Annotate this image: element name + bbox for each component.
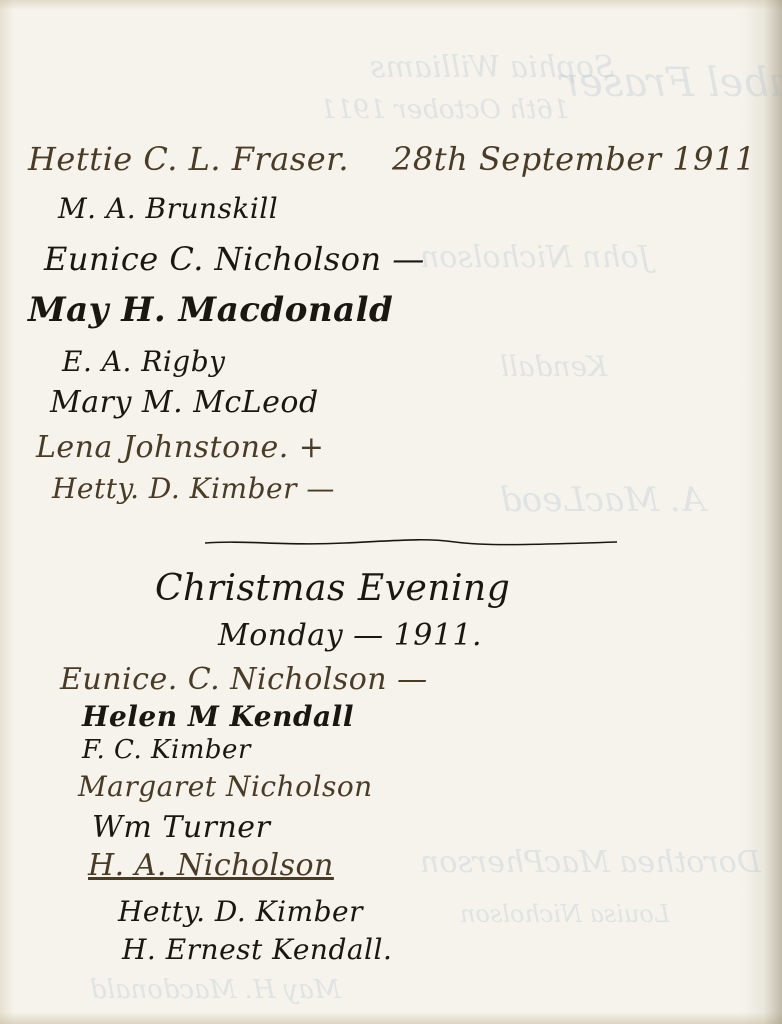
- signature: Wm Turner: [92, 810, 270, 845]
- bleed-through-text: John Nicholson: [420, 240, 651, 275]
- signature: Helen M Kendall: [82, 700, 354, 733]
- signature: Eunice C. Nicholson —: [44, 240, 425, 278]
- bleed-through-text: 16th October 1911: [320, 95, 569, 125]
- bleed-through-text: A. MacLeod: [500, 480, 705, 520]
- bleed-through-text: Kendall: [500, 350, 607, 383]
- signature: H. Ernest Kendall.: [122, 933, 392, 966]
- signature: Mary M. McLeod: [50, 385, 319, 420]
- signature: Lena Johnstone. +: [36, 430, 324, 465]
- signature: May H. Macdonald: [28, 290, 393, 330]
- signature: M. A. Brunskill: [58, 192, 278, 225]
- header-date: 28th September 1911: [392, 140, 756, 178]
- section-subtitle: Monday — 1911.: [218, 618, 482, 653]
- wavy-divider: [205, 538, 617, 548]
- signature: H. A. Nicholson: [88, 848, 334, 883]
- signature: E. A. Rigby: [62, 345, 225, 378]
- section-title: Christmas Evening: [155, 568, 510, 609]
- bleed-through-text: May H. Macdonald: [90, 975, 340, 1005]
- bleed-through-text: Mabel Fraser: [560, 60, 782, 106]
- signature: Eunice. C. Nicholson —: [60, 662, 428, 697]
- signature: F. C. Kimber: [82, 735, 251, 765]
- header-signature: Hettie C. L. Fraser.: [28, 140, 349, 178]
- bleed-through-text: Dorothea MacPherson: [420, 845, 761, 880]
- signature: Hetty. D. Kimber —: [52, 472, 335, 505]
- signature: Hetty. D. Kimber: [118, 895, 363, 928]
- guestbook-page: Sophia Williams 16th October 1911 Mabel …: [0, 0, 782, 1024]
- bleed-through-text: Sophia Williams: [370, 50, 615, 85]
- bleed-through-text: Louisa Nicholson: [460, 900, 670, 928]
- signature: Margaret Nicholson: [78, 770, 373, 803]
